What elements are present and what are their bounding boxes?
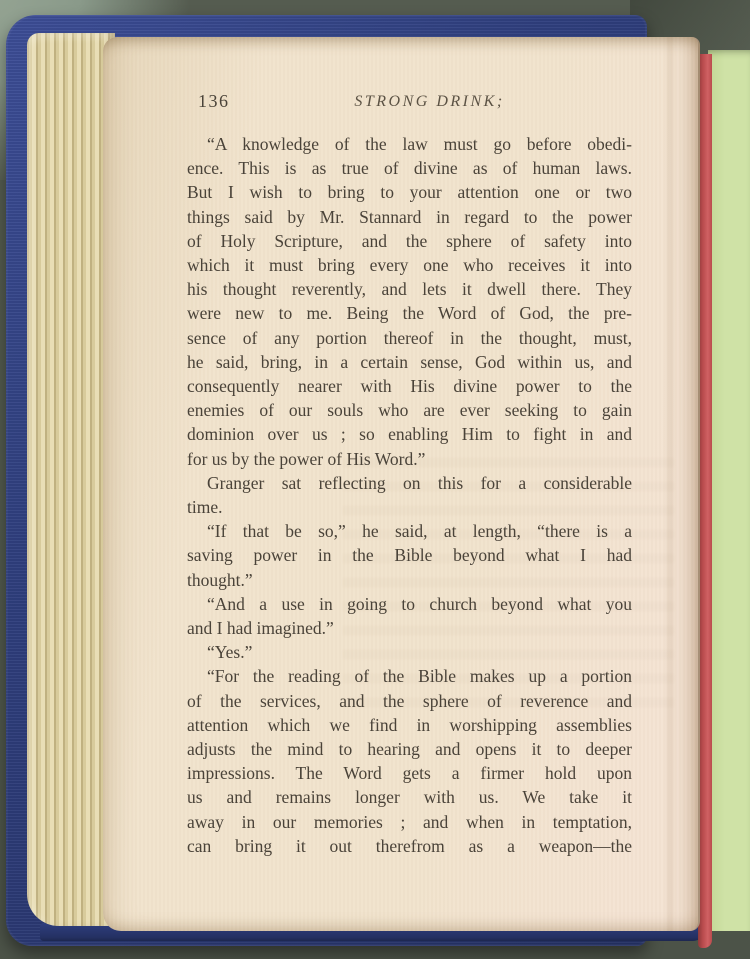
text-line: thought.” <box>187 568 632 592</box>
text-line: adjusts the mind to hearing and opens it… <box>187 737 632 761</box>
text-line: for us by the power of His Word.” <box>187 447 632 471</box>
text-line: ence. This is as true of divine as of hu… <box>187 156 632 180</box>
text-line: “If that be so,” he said, at length, “th… <box>187 519 632 543</box>
text-line: dominion over us ; so enabling Him to fi… <box>187 422 632 446</box>
text-line: saving power in the Bible beyond what I … <box>187 543 632 567</box>
text-line: impressions. The Word gets a firmer hold… <box>187 761 632 785</box>
text-line: “A knowledge of the law must go before o… <box>187 132 632 156</box>
text-line: and I had imagined.” <box>187 616 632 640</box>
photo-backdrop: 136 STRONG DRINK; “A knowledge of the la… <box>0 0 750 959</box>
text-line: consequently nearer with His divine powe… <box>187 374 632 398</box>
page-header: 136 STRONG DRINK; <box>103 89 698 115</box>
text-line: of the services, and the sphere of rever… <box>187 689 632 713</box>
text-line: attention which we find in worshipping a… <box>187 713 632 737</box>
book-page: 136 STRONG DRINK; “A knowledge of the la… <box>103 37 700 931</box>
running-header: STRONG DRINK; <box>103 93 698 111</box>
facing-endpaper <box>708 50 750 931</box>
text-line: time. <box>187 495 632 519</box>
page-crease <box>664 37 676 931</box>
text-line: away in our memories ; and when in tempt… <box>187 810 632 834</box>
text-line: can bring it out therefrom as a weapon—t… <box>187 834 632 858</box>
red-fore-edge <box>698 54 712 948</box>
text-line: “And a use in going to church beyond wha… <box>187 592 632 616</box>
text-line: of Holy Scripture, and the sphere of saf… <box>187 229 632 253</box>
text-line: us and remains longer with us. We take i… <box>187 785 632 809</box>
text-line: were new to me. Being the Word of God, t… <box>187 301 632 325</box>
text-line: his thought reverently, and lets it dwel… <box>187 277 632 301</box>
text-line: But I wish to bring to your attention on… <box>187 180 632 204</box>
page-edges-fan <box>27 33 115 926</box>
text-line: “For the reading of the Bible makes up a… <box>187 664 632 688</box>
text-line: enemies of our souls who are ever seekin… <box>187 398 632 422</box>
text-line: sence of any portion thereof in the thou… <box>187 326 632 350</box>
text-line: things said by Mr. Stannard in regard to… <box>187 205 632 229</box>
page-text: “A knowledge of the law must go before o… <box>187 132 632 858</box>
text-line: he said, bring, in a certain sense, God … <box>187 350 632 374</box>
text-line: “Yes.” <box>187 640 632 664</box>
text-line: Granger sat reflecting on this for a con… <box>187 471 632 495</box>
text-line: which it must bring every one who receiv… <box>187 253 632 277</box>
